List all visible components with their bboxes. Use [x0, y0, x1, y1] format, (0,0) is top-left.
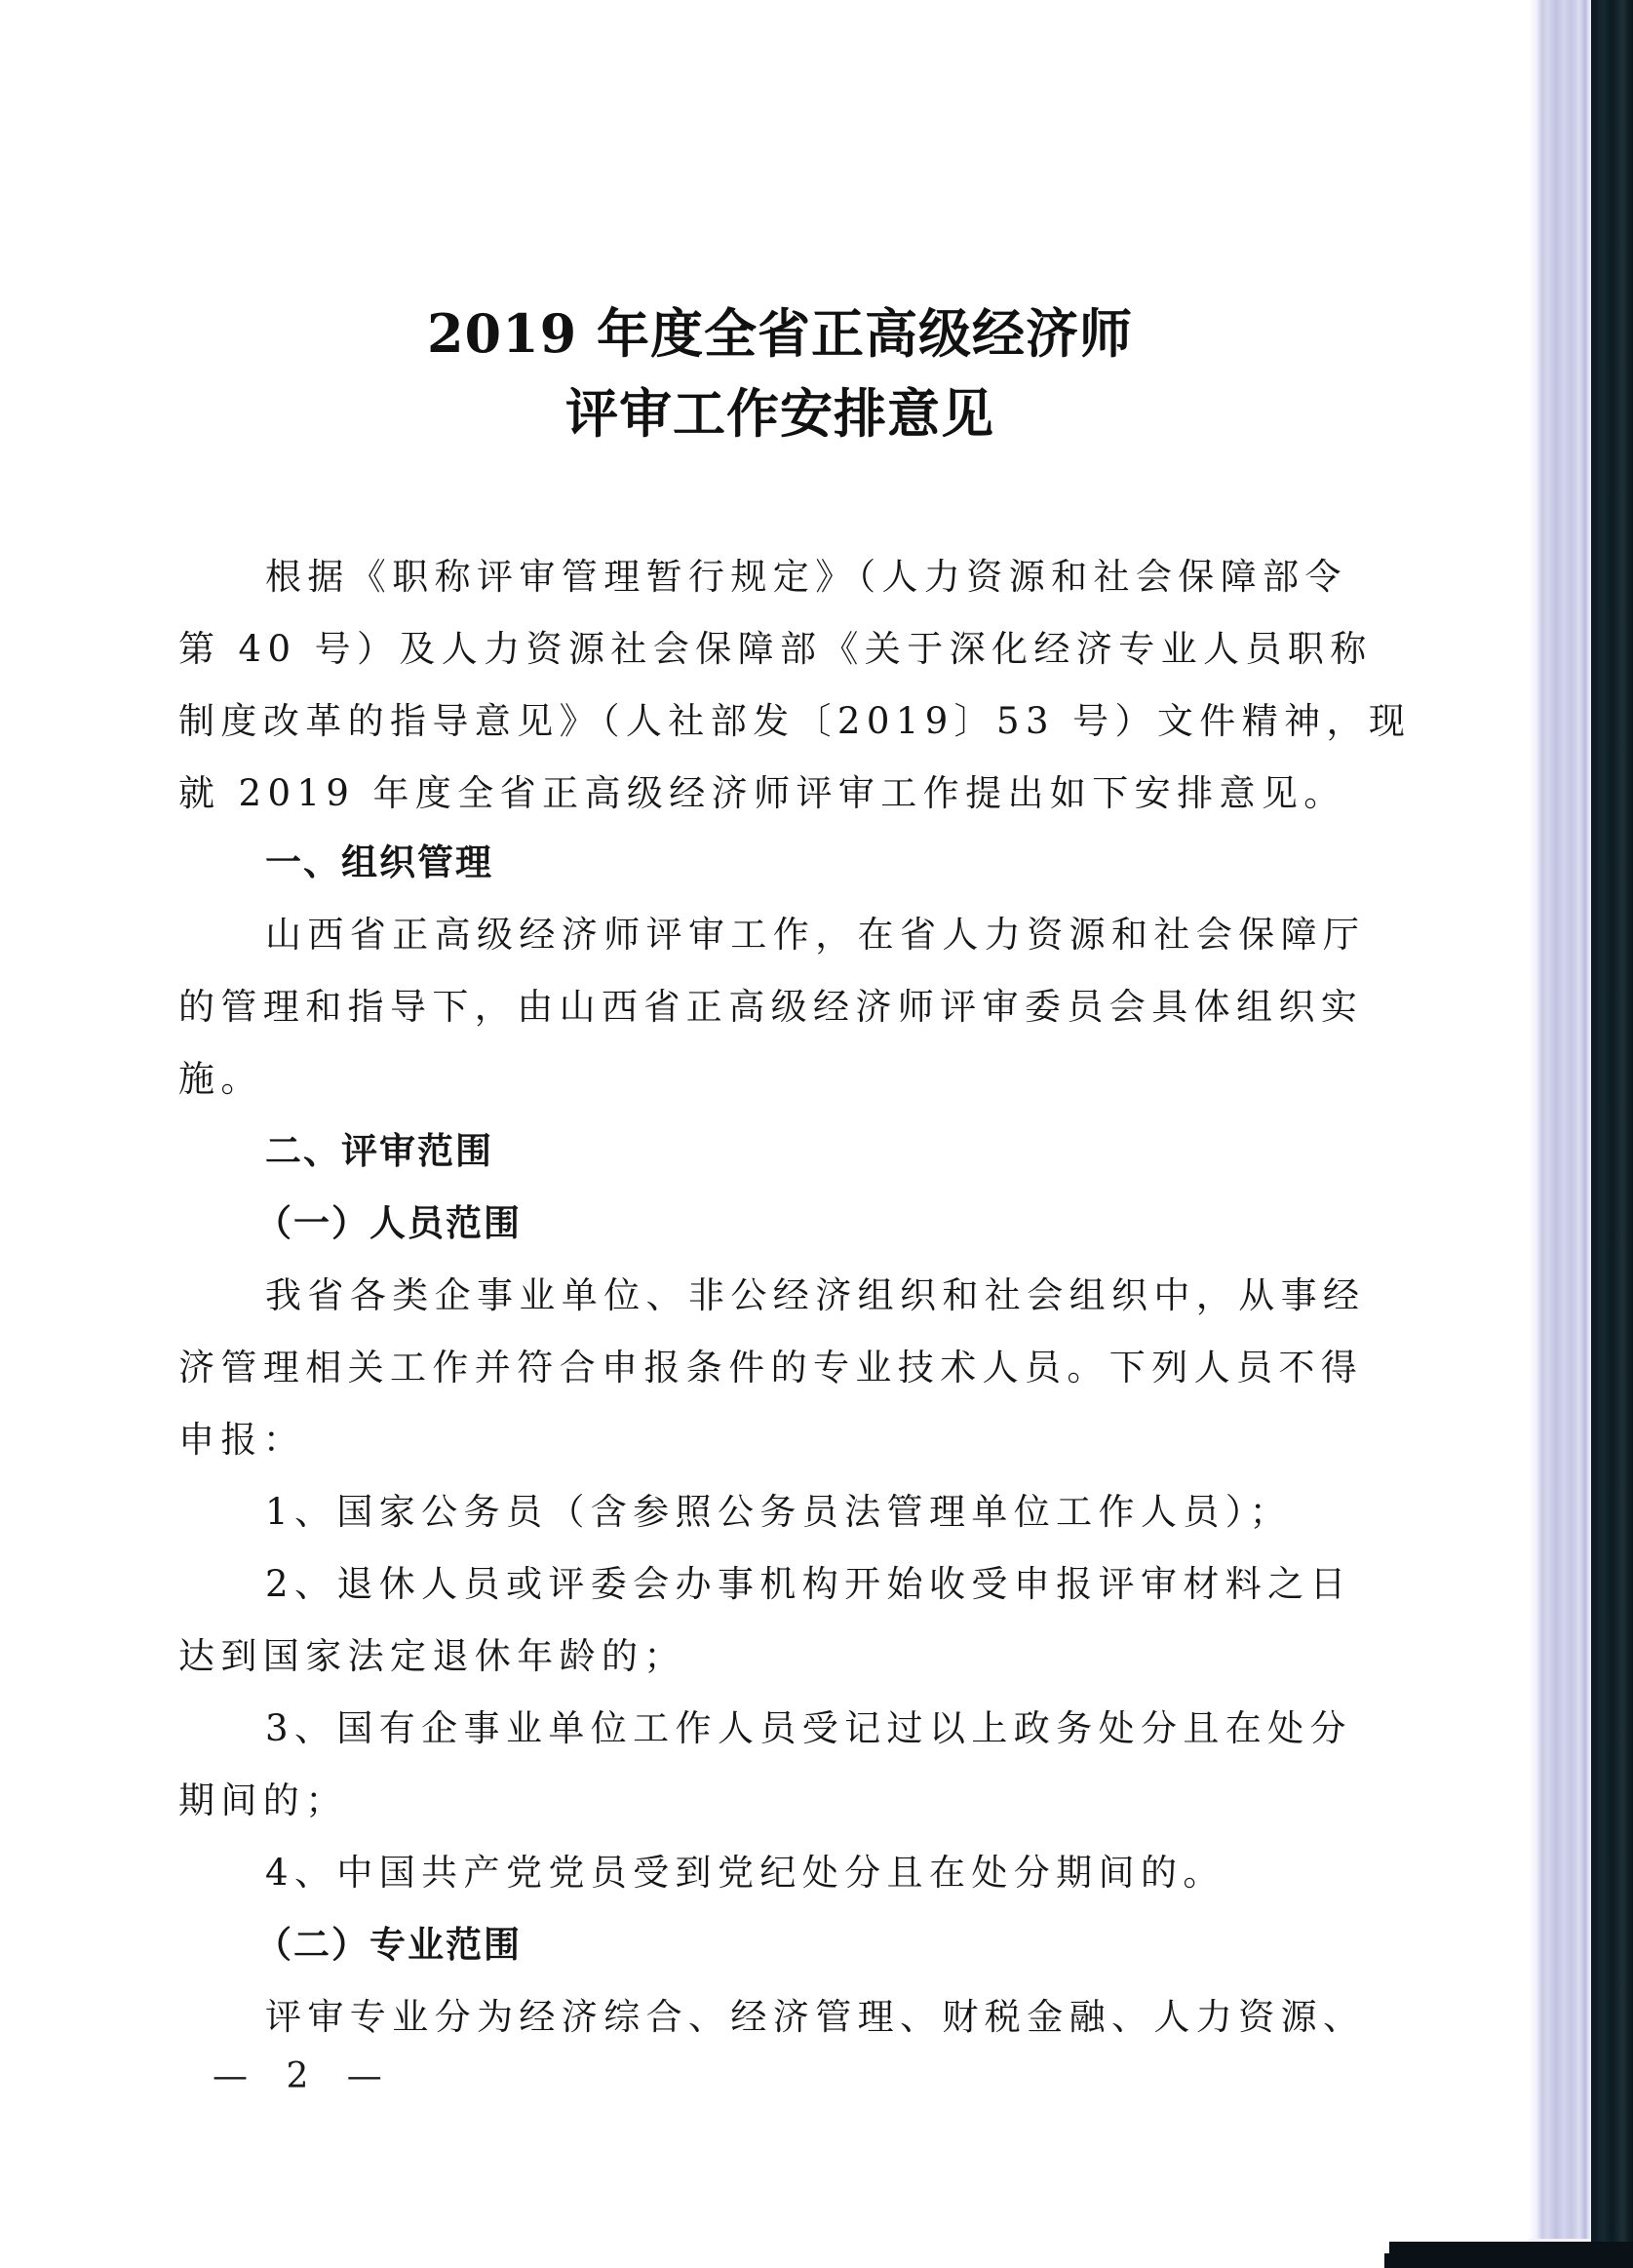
excluded-item-3-continuation: 期间的； [178, 1777, 1387, 1825]
subsection2-paragraph-line: 评审专业分为经济综合、经济管理、财税金融、人力资源、 [265, 1993, 1474, 2042]
page-number: — 2 — [213, 2057, 396, 2096]
excluded-item-2-continuation: 达到国家法定退休年龄的； [178, 1632, 1387, 1681]
subsection1-paragraph-line: 申报： [178, 1416, 1387, 1465]
subsection1-paragraph-line: 我省各类企事业单位、非公经济组织和社会组织中，从事经 [265, 1271, 1474, 1320]
scanner-dark-edge [1591, 0, 1633, 2268]
page-stack-edge [1529, 0, 1593, 2243]
excluded-item-3: 3、国有企事业单位工作人员受记过以上政务处分且在处分 [265, 1704, 1474, 1753]
section1-paragraph-line: 的管理和指导下，由山西省正高级经济师评审委员会具体组织实 [178, 983, 1387, 1032]
subsection-heading-professional-scope: （二）专业范围 [255, 1921, 1464, 1970]
intro-paragraph-line: 制度改革的指导意见》（人社部发〔2019〕53 号）文件精神，现 [178, 697, 1387, 746]
subsection-heading-personnel-scope: （一）人员范围 [255, 1199, 1464, 1248]
document-title-line-1: 2019 年度全省正高级经济师 [0, 293, 1560, 368]
scanner-dark-corner-notch [1384, 2253, 1394, 2268]
subsection1-paragraph-line: 济管理相关工作并符合申报条件的专业技术人员。下列人员不得 [178, 1344, 1387, 1392]
intro-paragraph-line: 第 40 号）及人力资源社会保障部《关于深化经济专业人员职称 [178, 625, 1387, 674]
section1-paragraph-line: 施。 [178, 1055, 1387, 1104]
document-title-line-2: 评审工作安排意见 [0, 372, 1560, 448]
section-heading-organization: 一、组织管理 [265, 839, 1474, 887]
excluded-item-2: 2、退休人员或评委会办事机构开始收受申报评审材料之日 [265, 1560, 1474, 1609]
scanner-dark-corner [1389, 2242, 1633, 2268]
intro-paragraph-line: 就 2019 年度全省正高级经济师评审工作提出如下安排意见。 [178, 769, 1387, 818]
document-page: 2019 年度全省正高级经济师 评审工作安排意见 根据《职称评审管理暂行规定》（… [0, 0, 1536, 2268]
section-heading-review-scope: 二、评审范围 [265, 1127, 1474, 1176]
excluded-item-4: 4、中国共产党党员受到党纪处分且在处分期间的。 [265, 1849, 1474, 1897]
intro-paragraph-line: 根据《职称评审管理暂行规定》（人力资源和社会保障部令 [265, 553, 1474, 602]
excluded-item-1: 1、国家公务员（含参照公务员法管理单位工作人员）； [265, 1488, 1474, 1537]
section1-paragraph-line: 山西省正高级经济师评审工作，在省人力资源和社会保障厅 [265, 911, 1474, 959]
